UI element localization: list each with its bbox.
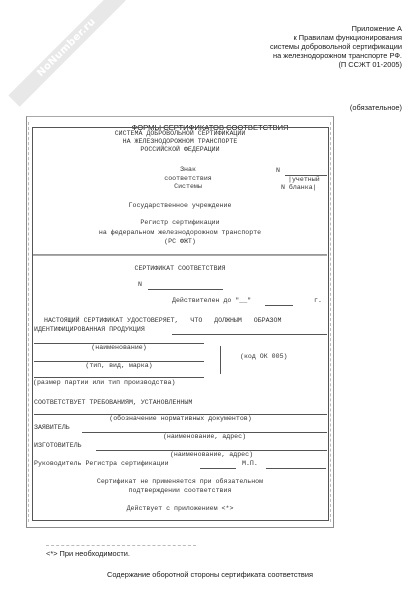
appendix-line: системы добровольной сертификации (270, 42, 402, 51)
backside-caption: Содержание оборотной стороны сертификата… (0, 570, 420, 579)
appendix-header: Приложение А к Правилам функционирования… (270, 24, 402, 69)
certifies-text: НАСТОЯЩИЙ СЕРТИФИКАТ УДОСТОВЕРЯЕТ, ЧТО Д… (44, 317, 281, 324)
identified-product-label: ИДЕНТИФИЦИРОВАННАЯ ПРОДУКЦИЯ (34, 326, 145, 333)
note-line-1: Сертификат не применяется при обязательн… (32, 478, 328, 485)
register-1: Регистр сертификации (32, 219, 328, 226)
mark-label-2: соответствия (138, 175, 238, 182)
certificate-title: СЕРТИФИКАТ СООТВЕТСТВИЯ (32, 265, 328, 272)
section-divider (33, 254, 327, 256)
attachment-note: Действует с приложением <*> (32, 505, 328, 512)
system-title-3: РОССИЙСКОЙ ФЕДЕРАЦИИ (32, 146, 328, 153)
frame-dash-left (28, 122, 29, 522)
institution: Государственное учреждение (32, 202, 328, 209)
valid-until-label: Действителен до "__" (172, 297, 251, 304)
stamp-label: М.П. (242, 460, 258, 467)
mark-label-3: Системы (138, 183, 238, 190)
applicant-caption: (наименование, адрес) (82, 433, 327, 440)
head-signature-field[interactable] (200, 468, 236, 469)
product-name-caption: (наименование) (34, 344, 204, 351)
complies-text: СООТВЕТСТВУЕТ ТРЕБОВАНИЯМ, УСТАНОВЛЕННЫМ (34, 399, 192, 406)
note-line-2: подтверждении соответствия (32, 487, 328, 494)
manufacturer-label: ИЗГОТОВИТЕЛЬ (34, 442, 81, 449)
footnote: <*> При необходимости. (46, 549, 130, 558)
year-suffix: г. (314, 297, 322, 304)
appendix-line: к Правилам функционирования (270, 33, 402, 42)
normative-docs-caption: (обозначение нормативных документов) (34, 415, 327, 422)
ok-code-caption: (код ОК 005) (240, 353, 287, 360)
identified-product-field[interactable] (172, 334, 327, 335)
batch-size-field[interactable] (34, 377, 204, 378)
appendix-line: на железнодорожном транспорте РФ. (270, 51, 402, 60)
applicant-label: ЗАЯВИТЕЛЬ (34, 424, 70, 431)
head-name-field[interactable] (266, 468, 326, 469)
blank-number-label: N (276, 167, 280, 174)
certificate-number-label: N (138, 281, 142, 288)
register-3: (РС ФЖТ) (32, 238, 328, 245)
product-type-caption: (тип, вид, марка) (34, 362, 204, 369)
appendix-line: (П ССЖТ 01-2005) (270, 60, 402, 69)
register-2: на федеральном железнодорожном транспорт… (32, 229, 328, 236)
footnote-divider (46, 545, 196, 546)
register-head-label: Руководитель Регистра сертификации (34, 460, 169, 467)
system-title-2: НА ЖЕЛЕЗНОДОРОЖНОМ ТРАНСПОРТЕ (32, 138, 328, 145)
account-label-1: |учетный (288, 176, 320, 183)
frame-dash-right (330, 122, 331, 522)
manufacturer-caption: (наименование, адрес) (96, 451, 327, 458)
mandatory-label: (обязательное) (350, 103, 402, 112)
appendix-line: Приложение А (270, 24, 402, 33)
mark-label-1: Знак (138, 166, 238, 173)
system-title-1: СИСТЕМА ДОБРОВОЛЬНОЙ СЕРТИФИКАЦИИ (32, 130, 328, 137)
watermark: NoNumber.ru (8, 0, 125, 107)
valid-year-field[interactable] (265, 305, 293, 306)
batch-size-caption: (размер партии или тип производства) (33, 379, 175, 386)
account-label-2: N бланка| (281, 184, 317, 191)
certificate-number-field[interactable] (148, 289, 223, 290)
ok-code-bracket (220, 346, 221, 374)
